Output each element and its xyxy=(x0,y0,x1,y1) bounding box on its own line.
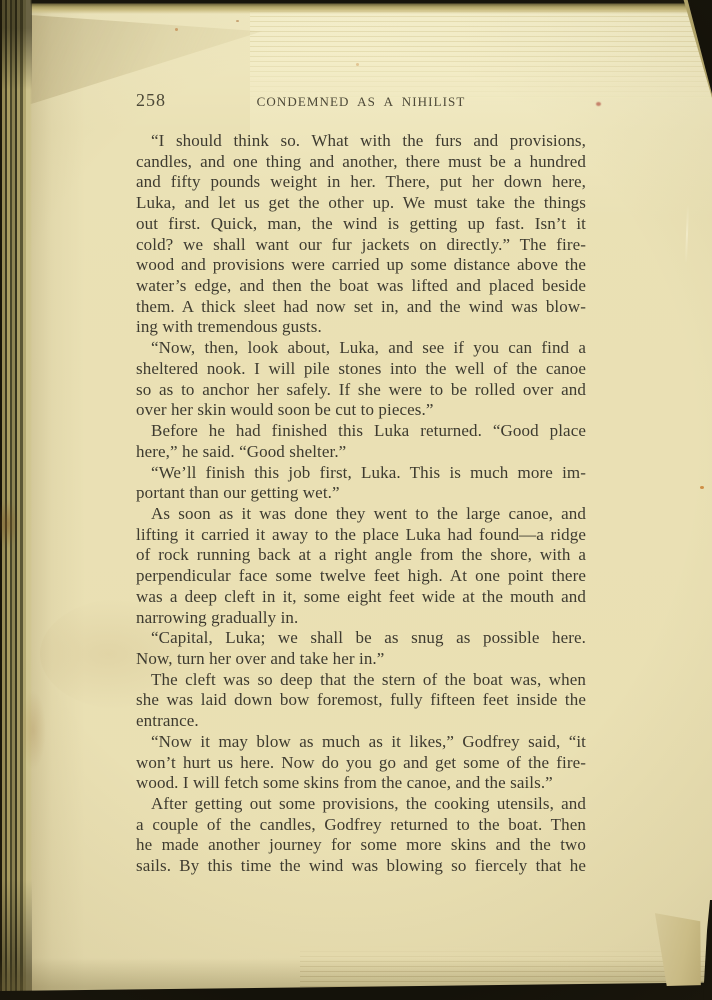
text-line: of rock running back at a right angle fr… xyxy=(136,545,586,566)
book-top-edge xyxy=(0,0,712,14)
text-line: After getting out some provisions, the c… xyxy=(136,794,586,815)
paragraph: After getting out some provisions, the c… xyxy=(136,794,586,877)
text-block: “I should think so. What with the furs a… xyxy=(136,131,586,877)
text-line: ing with tremendous gusts. xyxy=(136,317,586,338)
text-line: “Now, then, look about, Luka, and see if… xyxy=(136,338,586,359)
text-line: wood and provisions were carried up some… xyxy=(136,255,586,276)
text-line: lifting it carried it away to the place … xyxy=(136,525,586,546)
paragraph: As soon as it was done they went to the … xyxy=(136,504,586,628)
text-line: sails. By this time the wind was blowing… xyxy=(136,856,586,877)
paragraph: “I should think so. What with the furs a… xyxy=(136,131,586,338)
text-line: them. A thick sleet had now set in, and … xyxy=(136,297,586,318)
text-line: candles, and one thing and another, ther… xyxy=(136,152,586,173)
text-line: perpendicular face some twelve feet high… xyxy=(136,566,586,587)
paragraph: Before he had finished this Luka returne… xyxy=(136,421,586,462)
text-line: “Now it may blow as much as it likes,” G… xyxy=(136,732,586,753)
text-line: narrowing gradually in. xyxy=(136,608,586,629)
text-line: portant than our getting wet.” xyxy=(136,483,586,504)
text-line: he made another journey for some more sk… xyxy=(136,835,586,856)
page-edge-streaks-top xyxy=(250,6,712,102)
text-line: entrance. xyxy=(136,711,586,732)
text-line: and fifty pounds weight in her. There, p… xyxy=(136,172,586,193)
screenshot-root: 258 CONDEMNED AS A NIHILIST “I should th… xyxy=(0,0,712,1000)
text-line: As soon as it was done they went to the … xyxy=(136,504,586,525)
text-line: The cleft was so deep that the stern of … xyxy=(136,670,586,691)
text-line: cold? we shall want our fur jackets on d… xyxy=(136,235,586,256)
text-line: here,” he said. “Good shelter.” xyxy=(136,442,586,463)
text-line: out first. Quick, man, the wind is getti… xyxy=(136,214,586,235)
text-line: “I should think so. What with the furs a… xyxy=(136,131,586,152)
book-binding-edge xyxy=(0,0,32,992)
paragraph: “We’ll finish this job first, Luka. This… xyxy=(136,463,586,504)
text-line: was a deep cleft in it, some eight feet … xyxy=(136,587,586,608)
text-line: wood. I will fetch some skins from the c… xyxy=(136,773,586,794)
paragraph: “Capital, Luka; we shall be as snug as p… xyxy=(136,628,586,669)
paragraph: The cleft was so deep that the stern of … xyxy=(136,670,586,732)
text-line: won’t hurt us here. Now do you go and ge… xyxy=(136,753,586,774)
text-line: “Capital, Luka; we shall be as snug as p… xyxy=(136,628,586,649)
text-line: Before he had finished this Luka returne… xyxy=(136,421,586,442)
paragraph: “Now, then, look about, Luka, and see if… xyxy=(136,338,586,421)
text-line: over her skin would soon be cut to piece… xyxy=(136,400,586,421)
text-line: so as to anchor her safely. If she were … xyxy=(136,380,586,401)
paragraph: “Now it may blow as much as it likes,” G… xyxy=(136,732,586,794)
text-line: sheltered nook. I will pile stones into … xyxy=(136,359,586,380)
text-line: Now, turn her over and take her in.” xyxy=(136,649,586,670)
text-line: water’s edge, and then the boat was lift… xyxy=(136,276,586,297)
text-line: she was laid down bow foremost, fully fi… xyxy=(136,690,586,711)
running-header: CONDEMNED AS A NIHILIST xyxy=(136,94,586,110)
text-line: “We’ll finish this job first, Luka. This… xyxy=(136,463,586,484)
text-line: a couple of the candles, Godfrey returne… xyxy=(136,815,586,836)
text-line: Luka, and let us get the other up. We mu… xyxy=(136,193,586,214)
